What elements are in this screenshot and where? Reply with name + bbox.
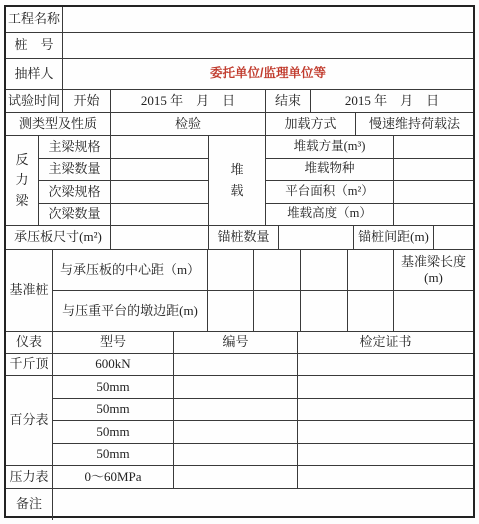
surcharge-height-label: 堆载高度（m）	[266, 204, 394, 227]
row-bearing-plate: 承压板尺寸(m²) 锚桩数量 锚桩间距(m)	[6, 226, 473, 250]
table-row: 50mm	[53, 444, 473, 467]
anchor-count-value-cell	[279, 226, 354, 250]
dial-certificate-cell-1	[298, 376, 473, 399]
dial-model-value-2: 50mm	[53, 399, 174, 422]
pile-no-label: 桩 号	[6, 33, 63, 59]
pile-no-value-cell	[63, 33, 473, 59]
table-row: 50mm	[53, 399, 473, 422]
jack-serial-cell	[174, 354, 298, 376]
surcharge-volume-value-cell	[394, 136, 473, 159]
bearing-plate-label: 承压板尺寸(m²)	[6, 226, 111, 250]
datum-center-dist-cell-4	[348, 250, 394, 291]
certificate-header-label: 检定证书	[298, 332, 473, 354]
datum-pile-label: 基准桩	[6, 250, 53, 332]
main-beam-spec-label: 主梁规格	[39, 136, 111, 159]
dial-model-value-3: 50mm	[53, 421, 174, 444]
dial-certificate-cell-3	[298, 421, 473, 444]
surcharge-height-value-cell	[394, 204, 473, 227]
loading-method-label: 加载方式	[266, 113, 356, 136]
secondary-beam-count-value-cell	[111, 204, 209, 227]
datum-edge-dist-label: 与压重平台的墩边距(m)	[53, 291, 208, 332]
surcharge-rows: 堆载方量(m³) 堆载物种 平台面积（m²） 堆载高度（m）	[266, 136, 473, 226]
pressure-model-value: 0～60MPa	[53, 466, 174, 489]
anchor-spacing-value-cell	[434, 226, 473, 250]
pressure-certificate-cell	[298, 466, 473, 489]
section-dial-gauge: 百分表 50mm 50mm 50mm 50mm	[6, 376, 473, 466]
datum-center-dist-cell-1	[208, 250, 254, 291]
surcharge-label-text: 堆载	[230, 160, 245, 200]
row-test-time: 试验时间 开始 2015 年 月 日 结束 2015 年 月 日	[6, 90, 473, 113]
reaction-beam-label-text: 反力梁	[15, 150, 30, 210]
datum-beam-length-value-cell	[394, 291, 473, 332]
datum-beam-length-label: 基准梁长度 (m)	[394, 250, 473, 291]
datum-edge-dist-cell-1	[208, 291, 254, 332]
main-beam-spec-value-cell	[111, 136, 209, 159]
row-project-name: 工程名称	[6, 7, 473, 33]
pressure-serial-cell	[174, 466, 298, 489]
secondary-beam-spec-value-cell	[111, 181, 209, 204]
secondary-beam-count-label: 次梁数量	[39, 204, 111, 227]
table-row: 主梁规格	[39, 136, 209, 159]
secondary-beam-spec-label: 次梁规格	[39, 181, 111, 204]
table-row: 次梁数量	[39, 204, 209, 227]
datum-pile-rows: 与承压板的中心距（m） 基准梁长度 (m) 与压重平台的墩边距(m)	[53, 250, 473, 332]
bearing-plate-value-cell	[111, 226, 209, 250]
dial-model-value-4: 50mm	[53, 444, 174, 467]
reaction-beam-rows: 主梁规格 主梁数量 次梁规格 次梁数量	[39, 136, 209, 226]
instrument-header-label: 仪表	[6, 332, 53, 354]
model-header-label: 型号	[53, 332, 174, 354]
row-pressure-gauge: 压力表 0～60MPa	[6, 466, 473, 489]
jack-certificate-cell	[298, 354, 473, 376]
test-type-value: 检验	[111, 113, 266, 136]
project-name-value-cell	[63, 7, 473, 33]
platform-area-label: 平台面积（m²）	[266, 181, 394, 204]
dial-serial-cell-4	[174, 444, 298, 467]
project-name-label: 工程名称	[6, 7, 63, 33]
row-jack: 千斤顶 600kN	[6, 354, 473, 376]
section-reaction-beam-surcharge: 反力梁 主梁规格 主梁数量 次梁规格 次梁数量 堆载	[6, 136, 473, 226]
platform-area-value-cell	[394, 181, 473, 204]
datum-center-dist-cell-2	[254, 250, 301, 291]
dial-serial-cell-1	[174, 376, 298, 399]
datum-edge-dist-cell-2	[254, 291, 301, 332]
dial-gauge-rows: 50mm 50mm 50mm 50mm	[53, 376, 473, 466]
row-pile-no: 桩 号	[6, 33, 473, 59]
surcharge-label: 堆载	[209, 136, 266, 226]
dial-certificate-cell-2	[298, 399, 473, 422]
remarks-value-cell	[53, 489, 473, 520]
end-date-value: 2015 年 月 日	[311, 90, 473, 113]
surcharge-volume-label: 堆载方量(m³)	[266, 136, 394, 159]
end-label: 结束	[266, 90, 311, 113]
jack-label: 千斤顶	[6, 354, 53, 376]
anchor-spacing-label: 锚桩间距(m)	[354, 226, 434, 250]
table-row: 50mm	[53, 421, 473, 444]
sampler-label: 抽样人	[6, 59, 63, 90]
dial-serial-cell-2	[174, 399, 298, 422]
table-row: 与压重平台的墩边距(m)	[53, 291, 473, 332]
reaction-beam-label: 反力梁	[6, 136, 39, 226]
start-date-value: 2015 年 月 日	[111, 90, 266, 113]
datum-edge-dist-cell-3	[301, 291, 348, 332]
row-instrument-header: 仪表 型号 编号 检定证书	[6, 332, 473, 354]
table-row: 主梁数量	[39, 159, 209, 182]
table-row: 50mm	[53, 376, 473, 399]
row-remarks: 备注	[6, 489, 473, 520]
serial-header-label: 编号	[174, 332, 298, 354]
datum-center-dist-label: 与承压板的中心距（m）	[53, 250, 208, 291]
table-row: 次梁规格	[39, 181, 209, 204]
datum-center-dist-cell-3	[301, 250, 348, 291]
dial-gauge-label: 百分表	[6, 376, 53, 466]
start-label: 开始	[63, 90, 111, 113]
static-load-test-form: 工程名称 桩 号 抽样人 委托单位/监理单位等 试验时间 开始 2015 年 月…	[4, 5, 475, 518]
row-sampler: 抽样人 委托单位/监理单位等	[6, 59, 473, 90]
jack-model-value: 600kN	[53, 354, 174, 376]
dial-model-value-1: 50mm	[53, 376, 174, 399]
table-row: 堆载方量(m³)	[266, 136, 473, 159]
section-datum-pile: 基准桩 与承压板的中心距（m） 基准梁长度 (m) 与压重平台的墩边距(m)	[6, 250, 473, 332]
main-beam-count-value-cell	[111, 159, 209, 182]
row-test-type: 测类型及性质 检验 加载方式 慢速维持荷载法	[6, 113, 473, 136]
table-row: 堆载物种	[266, 159, 473, 182]
pressure-gauge-label: 压力表	[6, 466, 53, 489]
test-type-label: 测类型及性质	[6, 113, 111, 136]
dial-certificate-cell-4	[298, 444, 473, 467]
sampler-value: 委托单位/监理单位等	[63, 59, 473, 90]
table-row: 平台面积（m²）	[266, 181, 473, 204]
main-beam-count-label: 主梁数量	[39, 159, 111, 182]
dial-serial-cell-3	[174, 421, 298, 444]
loading-method-value: 慢速维持荷载法	[356, 113, 473, 136]
table-row: 堆载高度（m）	[266, 204, 473, 227]
remarks-label: 备注	[6, 489, 53, 520]
surcharge-material-value-cell	[394, 159, 473, 182]
anchor-count-label: 锚桩数量	[209, 226, 279, 250]
table-row: 与承压板的中心距（m） 基准梁长度 (m)	[53, 250, 473, 291]
datum-edge-dist-cell-4	[348, 291, 394, 332]
surcharge-material-label: 堆载物种	[266, 159, 394, 182]
test-time-label: 试验时间	[6, 90, 63, 113]
